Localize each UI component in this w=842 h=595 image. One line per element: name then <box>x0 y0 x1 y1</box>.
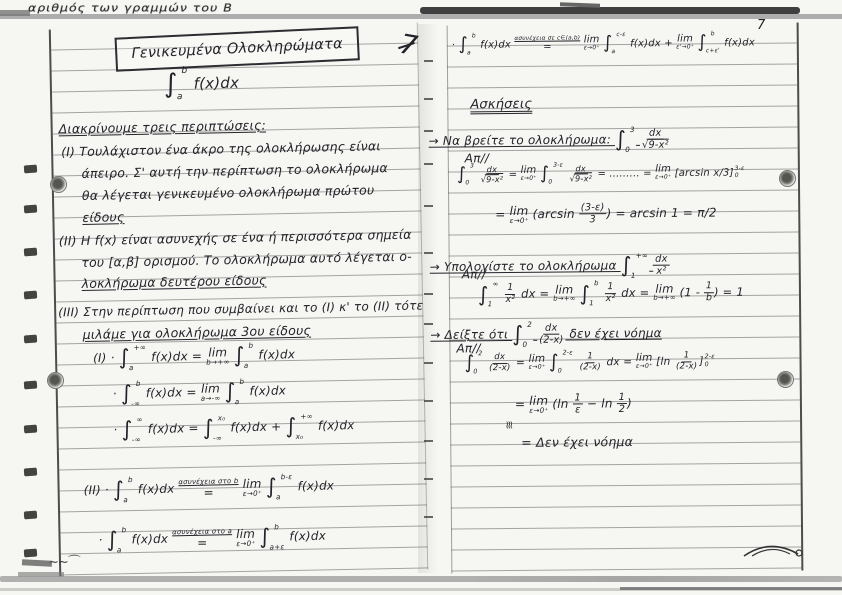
scan-edge-bottom <box>0 576 842 582</box>
margin-dash <box>424 60 433 62</box>
margin-dash <box>424 130 433 132</box>
hole-punch <box>47 372 64 389</box>
margin-dash <box>424 252 433 254</box>
margin-dash <box>424 293 433 295</box>
margin-dash <box>424 516 433 518</box>
formula-line: · ∫b-∞ f(x)dx = lima→-∞ ∫ba f(x)dx <box>113 377 287 408</box>
margin-dash <box>424 163 433 165</box>
binding-mark <box>24 248 38 257</box>
page-title: Γενικευμένα Ολοκληρώματα <box>131 36 343 62</box>
handwritten-line: του [α,β] ορισμού. Το ολοκλήρωμα αυτό λέ… <box>81 249 412 270</box>
title-box: Γενικευμένα Ολοκληρώματα <box>115 26 360 71</box>
hole-punch <box>50 176 67 193</box>
binding-mark <box>24 335 38 344</box>
formula-line: = limε→0⁺ (ln 1ε − ln 12) <box>515 392 632 417</box>
binding-mark <box>24 205 38 214</box>
handwritten-line: (ΙΙΙ) Στην περίπτωση που συμβαίνει και τ… <box>58 298 423 319</box>
formula-line: · ∫∞-∞ f(x)dx = ∫x₀-∞ f(x)dx + ∫+∞x₀ f(x… <box>113 412 355 444</box>
scanned-notebook-page: αριθμός των γραμμών του Β Γενικευμένα Ολ… <box>0 0 842 595</box>
margin-dash <box>424 323 433 325</box>
exercises-heading: Ασκήσεις <box>470 97 532 113</box>
formula-line: ∫∞1 1x² dx = limb→+∞ ∫b1 1x² dx = limb→+… <box>478 279 744 308</box>
flourish-mark <box>740 540 804 562</box>
right-page: · ∫ba f(x)dx ασυνέχεια σε c∈(a,b)= limε→… <box>447 22 804 573</box>
hole-punch <box>777 371 794 388</box>
margin-dash <box>424 362 433 364</box>
scan-edge-top <box>0 14 842 19</box>
handwritten-line: μιλάμε για ολοκλήρωμα 3ου είδους <box>82 323 311 342</box>
scan-smudge-bar <box>420 7 800 14</box>
formula-line: · ∫ba f(x)dx ασυνέχεια σε c∈(a,b)= limε→… <box>452 31 755 57</box>
formula-line: (Ι) · ∫+∞a f(x)dx = limb→+∞ ∫ba f(x)dx <box>93 341 295 372</box>
margin-dash <box>424 400 433 402</box>
binding-mark <box>24 381 38 390</box>
scan-smudge <box>22 559 52 567</box>
hole-punch <box>779 170 796 187</box>
scan-edge-bottom3 <box>620 587 842 590</box>
formula-line: ∫30 dx√9-x² = limε→0⁺ ∫3-ε0 dx√9-x² = ..… <box>457 161 745 187</box>
margin-dash <box>424 478 433 480</box>
handwritten-line: (ΙΙ) Η f(x) είναι ασυνεχής σε ένα ή περι… <box>59 227 412 249</box>
formula-line: (ΙΙ) · ∫ba f(x)dx ασυνέχεια στο b= limε→… <box>83 472 334 504</box>
title-integral: ∫ba f(x)dx <box>164 66 240 102</box>
handwritten-line: άπειρο. Σ' αυτή την περίπτωση το ολοκλήρ… <box>81 160 388 181</box>
binding-mark <box>24 291 38 300</box>
binding-mark <box>24 549 38 558</box>
binding-mark <box>24 511 38 520</box>
margin-dash <box>424 98 433 100</box>
scan-smudge-left <box>0 10 30 16</box>
page-number: 7 <box>757 18 765 33</box>
binding-mark <box>24 468 38 477</box>
binding-mark <box>24 425 38 434</box>
scribble-mark: ∼∼⌒ <box>48 551 80 570</box>
handwritten-line: Διακρίνουμε τρεις περιπτώσεις: <box>59 117 267 136</box>
handwritten-line: λοκλήρωμα δευτέρου είδους <box>82 272 267 291</box>
binding-mark <box>24 165 38 174</box>
formula-line: = limε→0⁺ (arcsin (3-ε)3) = arcsin 1 = π… <box>495 201 717 227</box>
conclusion-line: = Δεν έχει νόημα <box>521 434 633 450</box>
margin-dash <box>424 440 433 442</box>
emphasis-squiggle: ≋ <box>502 420 515 429</box>
handwritten-line: θα λέγεται γενικευμένο ολοκλήρωμα πρώτου <box>82 182 375 203</box>
formula-line: · ∫ba f(x)dx ασυνέχεια στο a= limε→0⁺ ∫b… <box>98 522 326 554</box>
left-page: Γενικευμένα Ολοκληρώματα ∫ba f(x)dx Διακ… <box>49 23 428 577</box>
margin-dash <box>424 205 433 207</box>
handwritten-line: (Ι) Τουλάχιστον ένα άκρο της ολοκλήρωσης… <box>61 138 381 159</box>
answer-mark: Απ// <box>462 267 486 281</box>
header-bleed-text: αριθμός των γραμμών του Β <box>28 1 233 14</box>
handwritten-line: είδους <box>82 209 124 225</box>
formula-line: ∫20 dx(2-x) = limε→0⁺ ∫2-ε0 1(2-x) dx = … <box>464 349 715 375</box>
